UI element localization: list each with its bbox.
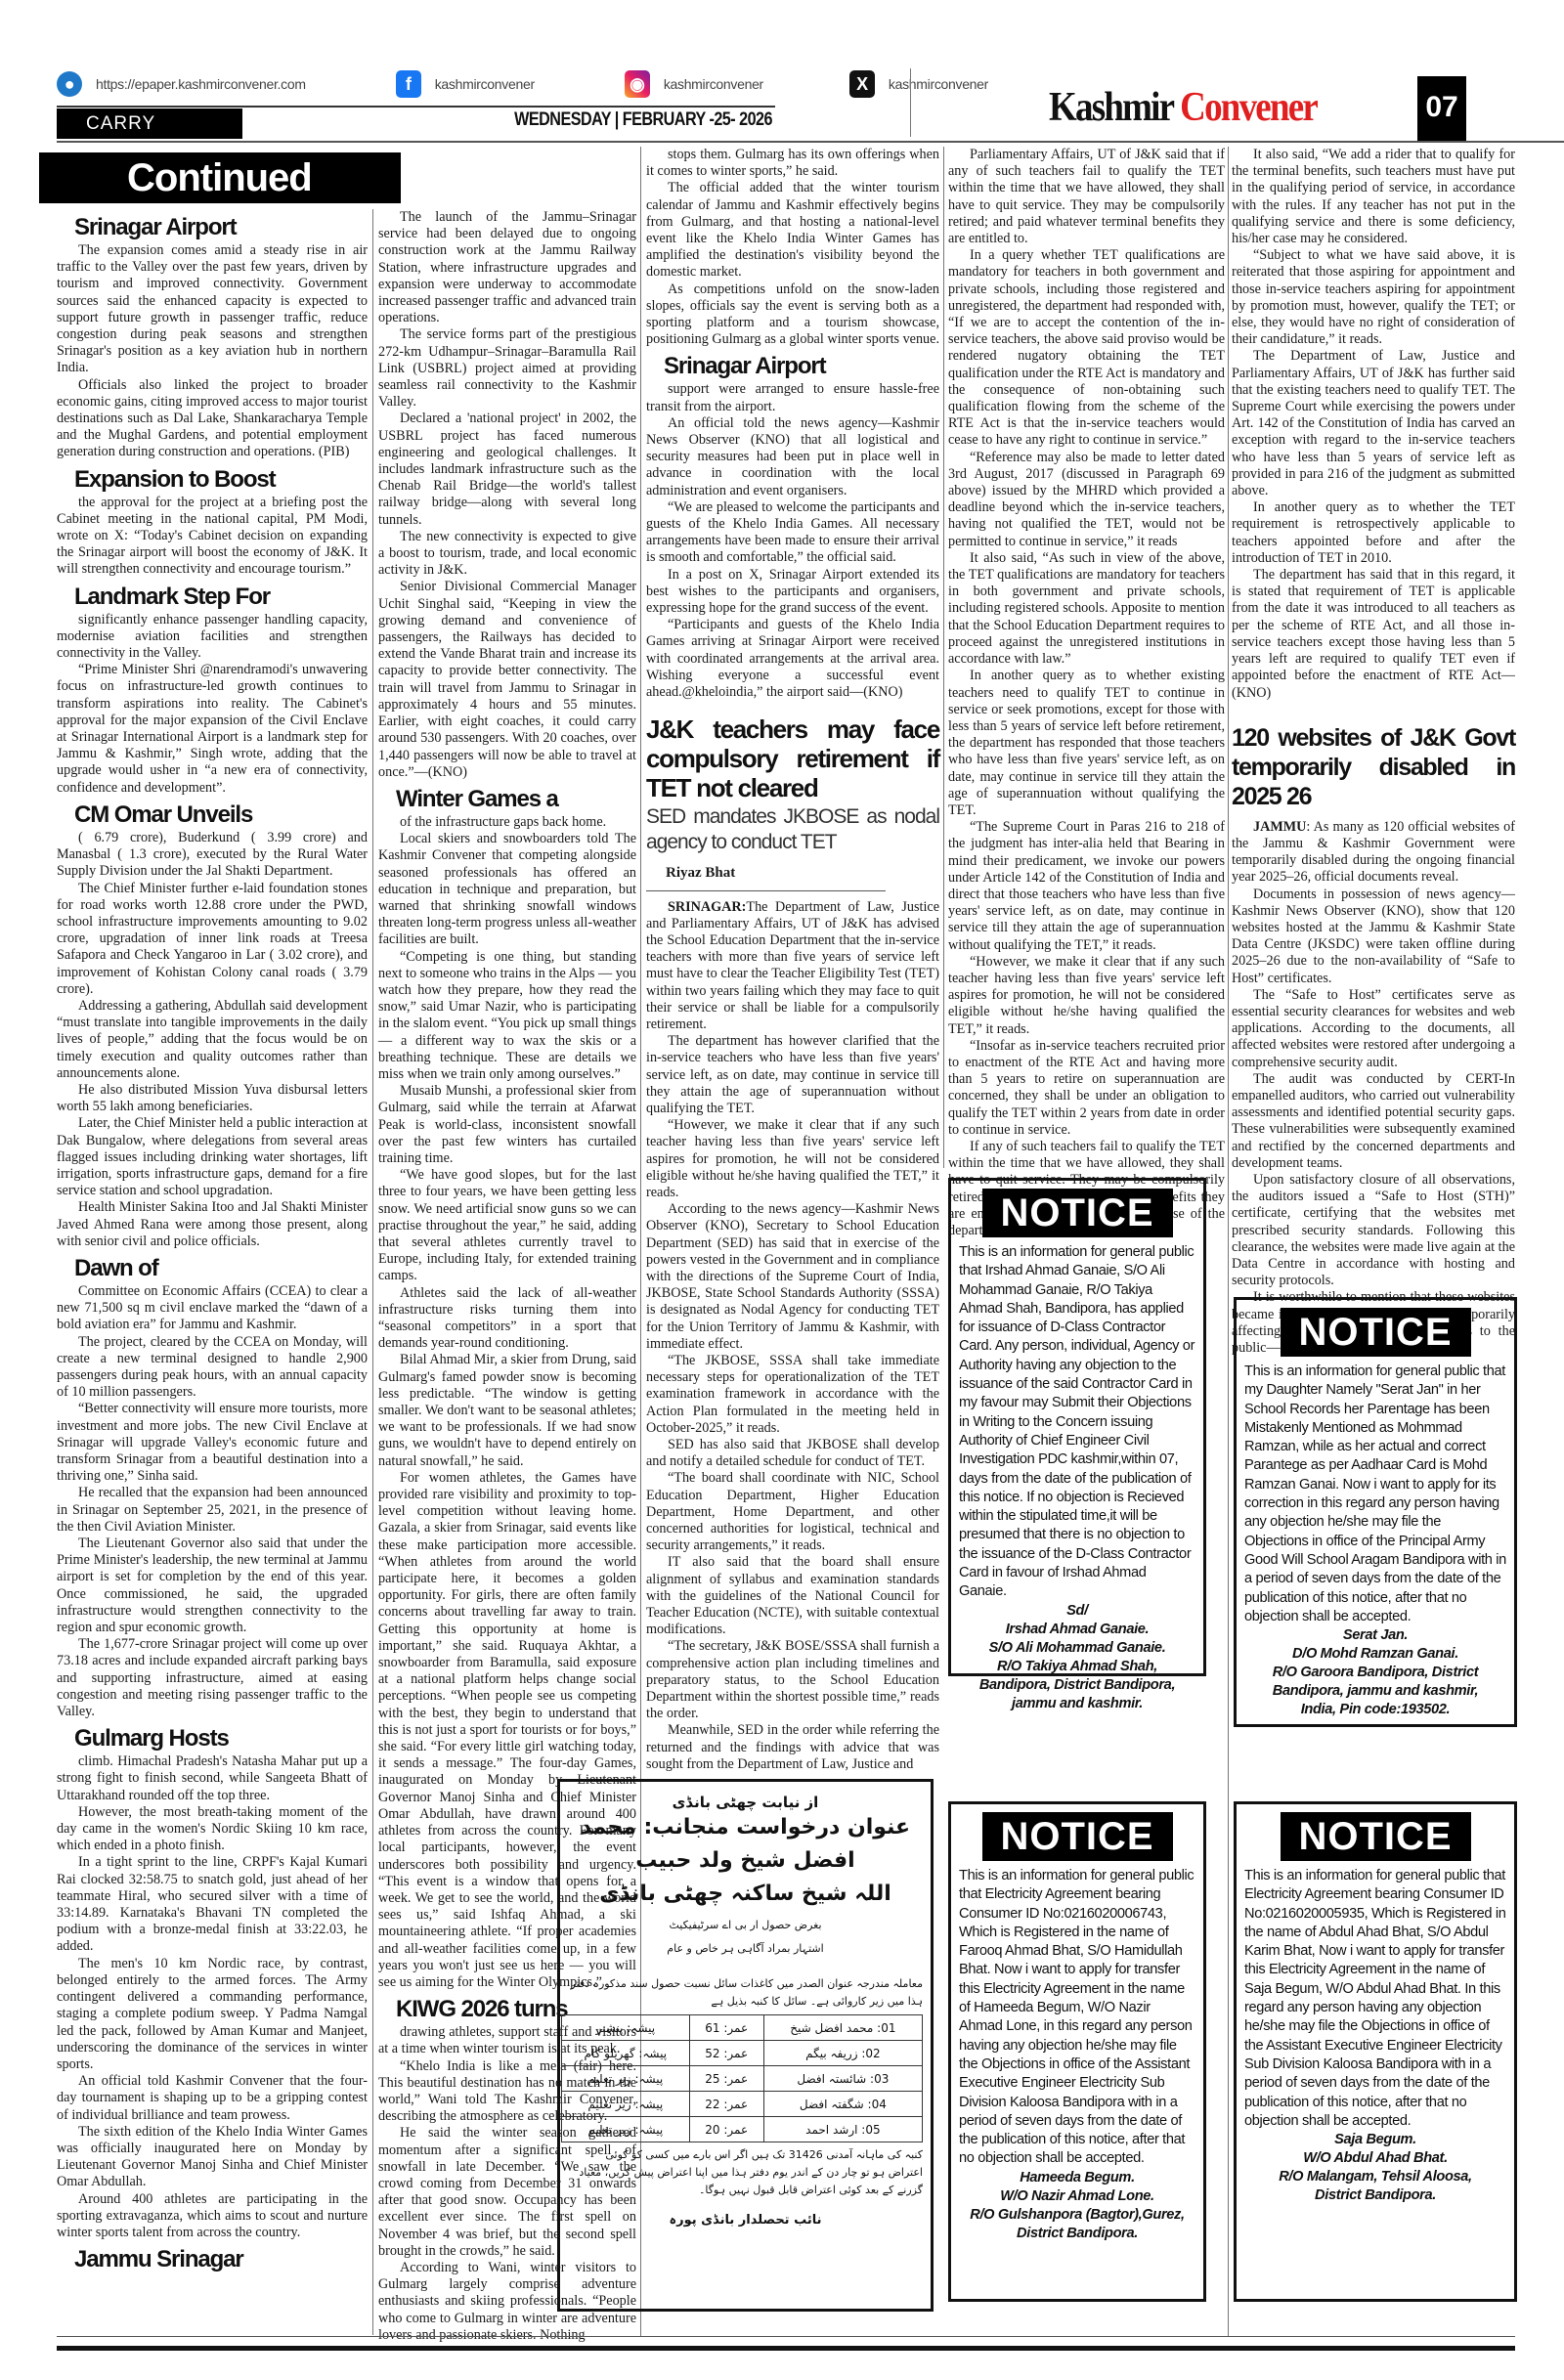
urdu-purpose: بغرض حصول ار بی اے سرٹیفیکیٹ: [568, 1917, 923, 1934]
table-cell: عمر: 52: [689, 2041, 763, 2066]
byline-rule: [646, 890, 886, 891]
table-cell: 05: ارشد احمد: [763, 2117, 922, 2142]
paragraph: Bilal Ahmad Mir, a skier from Drung, sai…: [378, 1352, 636, 1469]
table-cell: پیشہ: زیر تعلیم: [562, 2066, 690, 2092]
paragraph: The expansion comes amid a steady rise i…: [57, 242, 368, 377]
page-number: 07: [1417, 76, 1466, 141]
paragraph: However, the most breath-taking moment o…: [57, 1804, 368, 1855]
website-url[interactable]: https://epaper.kashmirconvener.com: [96, 76, 306, 92]
urdu-purpose: اشتہار بمراد آگاہی ہر خاص و عام: [568, 1940, 923, 1958]
paragraph: “The secretary, J&K BOSE/SSSA shall furn…: [646, 1638, 939, 1722]
subhead: Srinagar Airport: [74, 213, 368, 242]
story-headline[interactable]: J&K teachers may face compulsory retirem…: [646, 714, 939, 802]
paragraph: The department has said that in this reg…: [1232, 567, 1515, 702]
paragraph: The department has however clarified tha…: [646, 1033, 939, 1117]
paragraph: He recalled that the expansion had been …: [57, 1485, 368, 1536]
paragraph: Officials also linked the project to bro…: [57, 377, 368, 461]
urdu-notice: از نیابت چھٹی بانڈی عنوان درخواست منجانب…: [557, 1779, 934, 2312]
notice-electricity-transfer: NOTICEThis is an information for general…: [948, 1801, 1206, 2302]
paragraph: The official added that the winter touri…: [646, 180, 939, 281]
paragraph: significantly enhance passenger handling…: [57, 612, 368, 663]
notice-signature-line: Saja Begum.: [1244, 2131, 1506, 2149]
byline: Riyaz Bhat: [666, 865, 939, 882]
urdu-signatory: نائب تحصلدار بانڈی پورہ: [568, 2213, 923, 2228]
paragraph: Senior Divisional Commercial Manager Uch…: [378, 579, 636, 780]
paragraph: The service forms part of the prestigiou…: [378, 326, 636, 411]
x-icon: X: [849, 70, 875, 98]
paragraph: support were arranged to ensure hassle-f…: [646, 381, 939, 414]
family-table: 01: محمد افضل شیخعمر: 61پیشہ: پنشنر02: ز…: [561, 2014, 923, 2142]
paragraph: “Prime Minister Shri @narendramodi's unw…: [57, 662, 368, 797]
paragraph: “Subject to what we have said above, it …: [1232, 247, 1515, 348]
dateline: JAMMU: [1253, 819, 1306, 835]
notice-signature-line: W/O Nazir Ahmad Lone.: [959, 2187, 1195, 2206]
paragraph: IT also said that the board shall ensure…: [646, 1554, 939, 1638]
continued-banner: Continued From P1...: [39, 152, 401, 203]
table-cell: عمر: 61: [689, 2015, 763, 2041]
paragraph: He also distributed Mission Yuva disburs…: [57, 1082, 368, 1115]
subhead: Winter Games a: [396, 785, 636, 814]
paragraph: It also said, “As such in view of the ab…: [948, 550, 1225, 668]
instagram-icon: ◉: [625, 70, 650, 98]
paragraph: ( 6.79 crore), Buderkund ( 3.99 crore) a…: [57, 830, 368, 881]
website-link[interactable]: ● https://epaper.kashmirconvener.com: [57, 71, 306, 97]
notice-body: This is an information for general publi…: [959, 1867, 1195, 2169]
paragraph: “We are pleased to welcome the participa…: [646, 499, 939, 567]
table-cell: پیشہ: زیر تعلیم: [562, 2117, 690, 2142]
notice-signature-line: Hameeda Begum.: [959, 2169, 1195, 2187]
paragraph: “However, we make it clear that if any s…: [646, 1117, 939, 1201]
notice-signature-line: R/O Malangam, Tehsil Aloosa,: [1244, 2168, 1506, 2186]
paragraph: “However, we make it clear that if any s…: [948, 954, 1225, 1038]
paragraph: Committee on Economic Affairs (CCEA) to …: [57, 1283, 368, 1334]
paragraph: “The JKBOSE, SSSA shall take immediate n…: [646, 1353, 939, 1437]
table-cell: 04: شگفتہ افضل: [763, 2092, 922, 2117]
notice-signature-line: D/O Mohd Ramzan Ganai.: [1244, 1645, 1506, 1664]
family-table-row: 02: زریفہ بیگمعمر: 52پیشہ: گھریلو کام: [562, 2041, 923, 2066]
paragraph: The “Safe to Host” certificates serve as…: [1232, 987, 1515, 1071]
paragraph: The Chief Minister further e-laid founda…: [57, 881, 368, 998]
column-1: Srinagar AirportThe expansion comes amid…: [57, 209, 368, 2274]
paragraph: the approval for the project at a briefi…: [57, 495, 368, 579]
urdu-intro: معاملہ مندرجہ عنوان الصدر میں کاغذات سائ…: [568, 1975, 923, 2011]
paragraph: stops them. Gulmarg has its own offering…: [646, 147, 939, 180]
paragraph: Athletes said the lack of all-weather in…: [378, 1285, 636, 1353]
paragraph: The sixth edition of the Khelo India Win…: [57, 2124, 368, 2191]
facebook-link[interactable]: f kashmirconvener: [396, 70, 535, 98]
paragraph-text: Upon satisfactory closure of all observa…: [1232, 1172, 1515, 1288]
paragraph-text: Documents in possession of news agency—K…: [1232, 887, 1515, 986]
column-4: Parliamentary Affairs, UT of J&K said th…: [948, 147, 1225, 1239]
subhead: CM Omar Unveils: [74, 801, 368, 830]
paragraph: Musaib Munshi, a professional skier from…: [378, 1083, 636, 1167]
header-bottom-rule: [57, 141, 1564, 143]
instagram-link[interactable]: ◉ kashmirconvener: [625, 70, 763, 98]
column-5: It also said, “We add a rider that to qu…: [1232, 147, 1515, 1357]
notice-title: NOTICE: [1281, 1308, 1471, 1357]
notice-signature-line: District Bandipora.: [959, 2225, 1195, 2243]
footer-rule: [57, 2336, 1515, 2337]
notice-signature-line: India, Pin code:193502.: [1244, 1701, 1506, 1719]
dateline: SRINAGAR:: [668, 899, 746, 915]
paragraph: SRINAGAR:The Department of Law, Justice …: [646, 899, 939, 1034]
paragraph: Later, the Chief Minister held a public …: [57, 1115, 368, 1199]
notice-title: NOTICE: [982, 1812, 1173, 1861]
paragraph: The Lieutenant Governor also said that u…: [57, 1536, 368, 1636]
teachers-story: J&K teachers may face compulsory retirem…: [646, 714, 939, 1773]
column-3: stops them. Gulmarg has its own offering…: [646, 147, 939, 1773]
urdu-title: عنوان درخواست منجانب: محمد افضل شیخ ولد …: [568, 1811, 923, 1878]
notice-signature-line: W/O Abdul Ahad Bhat.: [1244, 2149, 1506, 2168]
paragraph: In a post on X, Srinagar Airport extende…: [646, 567, 939, 618]
notice-signature-line: R/O Gulshanpora (Bagtor),Gurez,: [959, 2206, 1195, 2225]
urdu-title: اللہ شیخ ساکنہ چھٹی بانڈی: [568, 1878, 923, 1911]
table-cell: 03: شائستہ افضل: [763, 2066, 922, 2092]
paragraph: Meanwhile, SED in the order while referr…: [646, 1722, 939, 1773]
paragraph: “The Supreme Court in Paras 216 to 218 o…: [948, 819, 1225, 954]
issue-date: WEDNESDAY | FEBRUARY -25- 2026: [423, 109, 772, 131]
table-cell: عمر: 25: [689, 2066, 763, 2092]
subhead: Jammu Srinagar: [74, 2245, 368, 2274]
notice-body: This is an information for general publi…: [1244, 1363, 1506, 1626]
header-divider: [910, 68, 911, 137]
paragraph: “Competing is one thing, but standing ne…: [378, 949, 636, 1084]
table-cell: پیشہ: گھریلو کام: [562, 2041, 690, 2066]
table-cell: عمر: 22: [689, 2092, 763, 2117]
paragraph: In another query as to whether the TET r…: [1232, 499, 1515, 567]
notice-title: NOTICE: [1281, 1812, 1471, 1861]
paragraph: Addressing a gathering, Abdullah said de…: [57, 998, 368, 1082]
table-cell: پیشہ: زیر تعلیم: [562, 2092, 690, 2117]
subhead: Gulmarg Hosts: [74, 1724, 368, 1753]
paragraph: JAMMU: As many as 120 official websites …: [1232, 819, 1515, 887]
urdu-income: کنبہ کی ماہانہ آمدنی 31426 تک ہیں اگر اس…: [568, 2146, 923, 2199]
subhead: Landmark Step For: [74, 583, 368, 612]
paragraph: The project, cleared by the CCEA on Mond…: [57, 1334, 368, 1402]
paragraph: The audit was conducted by CERT-In empan…: [1232, 1071, 1515, 1172]
globe-icon: ●: [57, 71, 82, 97]
paragraph-text: The audit was conducted by CERT-In empan…: [1232, 1071, 1515, 1171]
family-table-row: 01: محمد افضل شیخعمر: 61پیشہ: پنشنر: [562, 2015, 923, 2041]
paragraph: An official told the news agency—Kashmir…: [646, 415, 939, 499]
story-headline[interactable]: 120 websites of J&K Govt temporarily dis…: [1232, 723, 1515, 811]
paragraph: “Insofar as in-service teachers recruite…: [948, 1038, 1225, 1139]
paragraph: In another query as to whether existing …: [948, 668, 1225, 819]
x-link[interactable]: X kashmirconvener: [849, 70, 988, 98]
paragraph: Parliamentary Affairs, UT of J&K said th…: [948, 147, 1225, 247]
notice-signature-line: Irshad Ahmad Ganaie.: [959, 1621, 1195, 1639]
notice-signature-line: R/O Garoora Bandipora, District Bandipor…: [1244, 1664, 1506, 1701]
paragraph: of the infrastructure gaps back home.: [378, 814, 636, 831]
paragraph: Around 400 athletes are participating in…: [57, 2191, 368, 2242]
notice-contractor-card: NOTICEThis is an information for general…: [948, 1178, 1206, 1676]
urdu-office: از نیابت چھٹی بانڈی: [568, 1794, 923, 1811]
paragraph: “We have good slopes, but for the last t…: [378, 1167, 636, 1284]
table-cell: عمر: 20: [689, 2117, 763, 2142]
section-label: CARRY: [57, 108, 242, 139]
paragraph: The men's 10 km Nordic race, by contrast…: [57, 1956, 368, 2073]
table-cell: 01: محمد افضل شیخ: [763, 2015, 922, 2041]
paragraph: Declared a 'national project' in 2002, t…: [378, 411, 636, 528]
family-table-row: 05: ارشد احمدعمر: 20پیشہ: زیر تعلیم: [562, 2117, 923, 2142]
websites-story: 120 websites of J&K Govt temporarily dis…: [1232, 723, 1515, 1358]
paragraph: Local skiers and snowboarders told The K…: [378, 831, 636, 948]
paragraph: “The board shall coordinate with NIC, Sc…: [646, 1470, 939, 1554]
notice-signature-line: jammu and kashmir.: [959, 1695, 1195, 1713]
notice-signature-line: R/O Takiya Ahmad Shah,: [959, 1658, 1195, 1676]
header-rule: [57, 106, 775, 108]
column-rule: [1228, 147, 1229, 2336]
table-cell: پیشہ: پنشنر: [562, 2015, 690, 2041]
paragraph: “Participants and guests of the Khelo In…: [646, 617, 939, 701]
footer-rule-thick: [57, 2346, 1515, 2351]
table-cell: 02: زریفہ بیگم: [763, 2041, 922, 2066]
paragraph: According to the news agency—Kashmir New…: [646, 1201, 939, 1353]
notice-signature-line: District Bandipora.: [1244, 2186, 1506, 2205]
paragraph: “Better connectivity will ensure more to…: [57, 1401, 368, 1485]
paragraph: In a tight sprint to the line, CRPF's Ka…: [57, 1854, 368, 1955]
paragraph: Upon satisfactory closure of all observa…: [1232, 1172, 1515, 1289]
masthead-logo: Kashmir Convener: [1049, 84, 1317, 131]
column-rule: [943, 147, 944, 1168]
column-rule: [372, 209, 373, 2335]
paragraph-text: The “Safe to Host” certificates serve as…: [1232, 987, 1515, 1070]
subhead: Dawn of: [74, 1254, 368, 1283]
subhead: Expansion to Boost: [74, 465, 368, 495]
paragraph: An official told Kashmir Convener that t…: [57, 2073, 368, 2124]
paragraph: The launch of the Jammu–Srinagar service…: [378, 209, 636, 326]
paragraph: The Department of Law, Justice and Parli…: [1232, 348, 1515, 499]
notice-parentage-correction: NOTICEThis is an information for general…: [1234, 1297, 1517, 1727]
paragraph: climb. Himachal Pradesh's Natasha Mahar …: [57, 1753, 368, 1804]
notice-signature-line: Sd/: [959, 1602, 1195, 1621]
notice-electricity-transfer: NOTICEThis is an information for general…: [1234, 1801, 1517, 2302]
facebook-icon: f: [396, 70, 421, 98]
notice-body: This is an information for general publi…: [1244, 1867, 1506, 2131]
paragraph: In a query whether TET qualifications ar…: [948, 247, 1225, 449]
paragraph-text: The Department of Law, Justice and Parli…: [646, 899, 939, 1032]
notice-body: This is an information for general publi…: [959, 1243, 1195, 1602]
paragraph: “Reference may also be made to letter da…: [948, 450, 1225, 550]
notice-signature-line: S/O Ali Mohammad Ganaie.: [959, 1639, 1195, 1658]
paragraph: The 1,677-crore Srinagar project will co…: [57, 1636, 368, 1720]
paragraph: The new connectivity is expected to give…: [378, 529, 636, 580]
paragraph: Health Minister Sakina Itoo and Jal Shak…: [57, 1199, 368, 1250]
notice-signature-line: Bandipora, District Bandipora,: [959, 1676, 1195, 1695]
paragraph: As competitions unfold on the snow-laden…: [646, 281, 939, 349]
story-deck: SED mandates JKBOSE as nodal agency to c…: [646, 804, 939, 855]
family-table-row: 03: شائستہ افضلعمر: 25پیشہ: زیر تعلیم: [562, 2066, 923, 2092]
family-table-row: 04: شگفتہ افضلعمر: 22پیشہ: زیر تعلیم: [562, 2092, 923, 2117]
paragraph: SED has also said that JKBOSE shall deve…: [646, 1437, 939, 1470]
paragraph: It also said, “We add a rider that to qu…: [1232, 147, 1515, 247]
paragraph: Documents in possession of news agency—K…: [1232, 887, 1515, 987]
notice-signature-line: Serat Jan.: [1244, 1626, 1506, 1645]
subhead: Srinagar Airport: [664, 352, 939, 381]
notice-title: NOTICE: [982, 1189, 1173, 1237]
